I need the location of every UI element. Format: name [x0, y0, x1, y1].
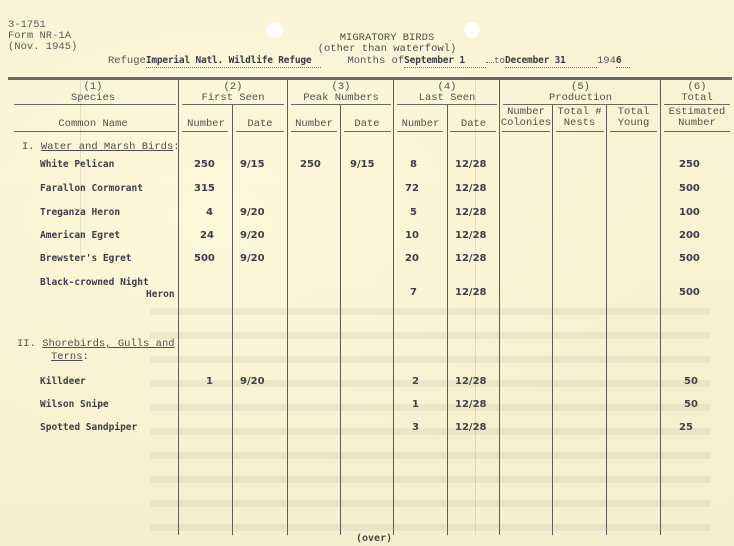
header-underline	[502, 131, 550, 132]
header-underline	[291, 104, 391, 105]
last-seen-date: 12/28	[455, 253, 486, 264]
header-total-nests-label: Total # Nests	[557, 106, 601, 129]
total-estimated: 500	[679, 287, 700, 298]
total-estimated: 500	[679, 183, 700, 194]
first-seen-number: 4	[206, 207, 213, 218]
section-heading: I. Water and Marsh Birds:	[22, 141, 180, 153]
year-field[interactable]: 6	[616, 55, 630, 68]
species-name: Killdeer	[40, 376, 86, 387]
refuge-field[interactable]: Imperial Natl. Wildlife Refuge	[146, 55, 321, 68]
total-estimated: 500	[679, 253, 700, 264]
last-seen-number: 5	[410, 207, 417, 218]
section-prefix: II.	[17, 338, 36, 350]
months-to-value: December 31	[505, 55, 566, 66]
peak-number: 250	[300, 159, 321, 170]
header-species-label: Species	[10, 93, 176, 104]
header-total-young-label: Total Young	[618, 106, 650, 129]
header-estimated-number-label: Estimated Number	[669, 106, 726, 129]
last-seen-date: 12/28	[455, 287, 486, 298]
header-underline	[344, 131, 391, 132]
form-title: MIGRATORY BIRDS (other than waterfowl)	[0, 33, 734, 55]
header-last-seen: (4) Last Seen	[395, 82, 499, 104]
header-peak-number: Number	[288, 119, 340, 130]
header-underline	[664, 131, 730, 132]
header-underline	[236, 131, 284, 132]
months-to-field[interactable]: December 31	[505, 55, 597, 68]
year-suffix: 6	[616, 55, 622, 66]
last-seen-date: 12/28	[455, 230, 486, 241]
header-last-date: Date	[448, 119, 499, 130]
header-total: (6) Total	[662, 82, 732, 104]
first-seen-number: 250	[194, 159, 215, 170]
title-line-2: (other than waterfowl)	[40, 44, 734, 55]
header-peak-label: Peak Numbers	[289, 93, 393, 104]
header-first-seen-number: Number	[180, 119, 232, 130]
section-label: Water and Marsh Birds	[41, 141, 173, 153]
header-top-rule	[8, 77, 732, 80]
species-name: Wilson Snipe	[40, 399, 109, 410]
section-suffix: :	[83, 351, 89, 363]
last-seen-date: 12/28	[455, 207, 486, 218]
refuge-line: RefugeImperial Natl. Wildlife Refuge Mon…	[108, 55, 630, 68]
header-underline	[182, 104, 284, 105]
header-underline	[291, 131, 337, 132]
header-total-young: Total Young	[607, 107, 660, 129]
last-seen-number: 72	[405, 183, 419, 194]
species-name: Brewster's Egret	[40, 253, 132, 264]
header-underline	[556, 131, 604, 132]
header-estimated-number: Estimated Number	[662, 107, 732, 129]
header-number-colonies-label: Number Colonies	[501, 106, 551, 129]
first-seen-date: 9/20	[240, 230, 265, 241]
species-name: White Pelican	[40, 159, 114, 170]
first-seen-date: 9/15	[240, 159, 265, 170]
header-species: (1) Species	[10, 82, 176, 104]
header-production: (5) Production	[501, 82, 660, 104]
over-indicator: (over)	[356, 533, 392, 544]
refuge-label: Refuge	[108, 55, 146, 67]
header-total-nests: Total # Nests	[553, 107, 606, 129]
section-prefix: I.	[22, 141, 35, 153]
to-label: to	[494, 56, 505, 66]
header-first-seen-date: Date	[234, 119, 286, 130]
header-total-label: Total	[662, 93, 732, 104]
header-last-number: Number	[394, 119, 447, 130]
last-seen-number: 10	[405, 230, 419, 241]
section-suffix: :	[173, 141, 179, 153]
species-name: Spotted Sandpiper	[40, 422, 137, 433]
months-from-value: September 1	[404, 55, 465, 66]
total-estimated: 100	[679, 207, 700, 218]
first-seen-date: 9/20	[240, 207, 265, 218]
header-underline	[397, 131, 443, 132]
header-underline	[503, 104, 658, 105]
header-first-seen-label: First Seen	[180, 93, 286, 104]
header-number-colonies: Number Colonies	[500, 107, 552, 129]
bleed-through-text	[150, 308, 710, 538]
header-underline	[397, 104, 497, 105]
header-underline	[610, 131, 657, 132]
species-name: Farallon Cormorant	[40, 183, 143, 194]
species-name: Black-crowned Night	[40, 277, 149, 288]
total-estimated: 200	[679, 230, 700, 241]
header-peak-numbers: (3) Peak Numbers	[289, 82, 393, 104]
header-last-label: Last Seen	[395, 93, 499, 104]
header-underline	[450, 131, 496, 132]
header-production-label: Production	[501, 93, 660, 104]
header-first-seen: (2) First Seen	[180, 82, 286, 104]
species-name: Treganza Heron	[40, 207, 120, 218]
first-seen-number: 500	[194, 253, 215, 264]
header-underline	[14, 104, 176, 105]
months-label: Months of	[347, 55, 404, 67]
last-seen-date: 12/28	[455, 159, 486, 170]
first-seen-date: 9/20	[240, 253, 265, 264]
last-seen-date: 12/28	[455, 183, 486, 194]
months-from-field[interactable]: September 1	[404, 55, 486, 68]
total-estimated: 250	[679, 159, 700, 170]
last-seen-number: 8	[410, 159, 417, 170]
document-page: 3-1751 Form NR-1A (Nov. 1945) MIGRATORY …	[0, 0, 734, 546]
year-prefix: 194	[597, 55, 616, 67]
species-name-continued: Heron	[146, 289, 175, 300]
first-seen-number: 315	[194, 183, 215, 194]
section-label-continued: Terns	[51, 351, 83, 363]
header-underline	[14, 131, 176, 132]
header-underline	[182, 131, 228, 132]
last-seen-number: 20	[405, 253, 419, 264]
header-peak-date: Date	[341, 119, 393, 130]
first-seen-number: 24	[200, 230, 214, 241]
refuge-value: Imperial Natl. Wildlife Refuge	[146, 55, 312, 66]
peak-date: 9/15	[350, 159, 375, 170]
last-seen-number: 7	[410, 287, 417, 298]
header-underline	[664, 104, 730, 105]
species-name: American Egret	[40, 230, 120, 241]
header-common-name: Common Name	[10, 119, 176, 130]
